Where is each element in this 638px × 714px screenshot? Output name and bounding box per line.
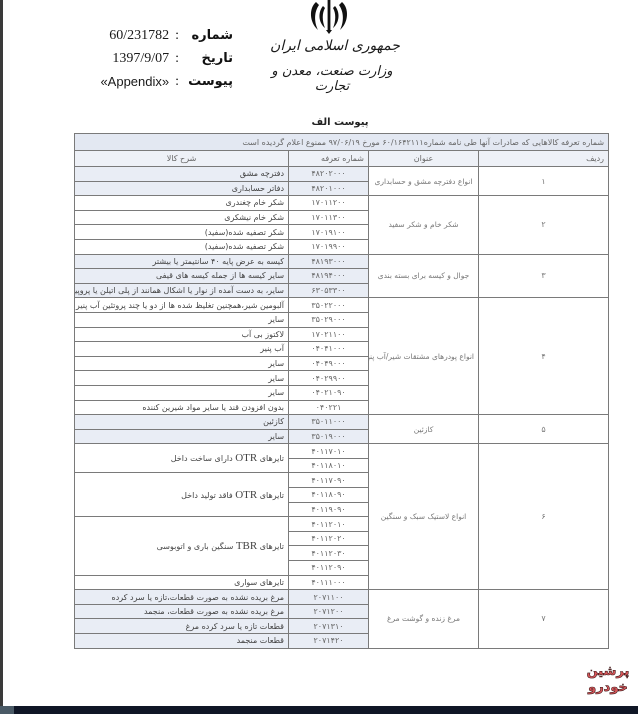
desc-prefix: تایرهای [260,491,284,500]
item-description: سایر [75,429,289,444]
item-description: بدون افزودن قند یا سایر مواد شیرین کننده [75,400,289,415]
window-bottom-edge [0,706,638,714]
item-description: شکر تصفیه شده(سفید) [75,225,289,240]
ministry-title: وزارت صنعت، معدن و تجارت [262,64,402,94]
group-row-number: ۶ [479,444,609,590]
iran-emblem-icon [306,0,352,34]
tariff-code: ۲۰۷۱۴۲۰ [289,634,369,649]
tariff-code: ۳۵۰۱۹۰۰۰ [289,429,369,444]
group-row-number: ۲ [479,196,609,254]
tariff-code: ۴۰۱۱۸۰۹۰ [289,488,369,503]
item-description: تایرهای TBR سنگین باری و اتوبوسی [75,517,289,575]
tariff-code: ۶۳۰۵۳۳۰۰ [289,283,369,298]
tariff-code: ۱۷۰۱۱۳۰۰ [289,210,369,225]
tariff-code: ۰۴۰۲۲۱ [289,400,369,415]
tariff-code: ۴۰۱۱۲۰۲۰ [289,531,369,546]
group-title: انواع دفترچه مشق و حسابداری [369,167,479,196]
desc-suffix: سنگین باری و اتوبوسی [157,542,234,551]
letter-meta: 60/231782 : شماره 1397/9/07 : تاریخ «App… [58,24,233,93]
item-description: آب پنیر [75,342,289,357]
tariff-code: ۴۰۱۱۲۰۳۰ [289,546,369,561]
tariff-code: ۱۷۰۱۹۱۰۰ [289,225,369,240]
tariff-code: ۱۷۰۱۱۲۰۰ [289,196,369,211]
tariff-code: ۴۸۱۹۴۰۰۰ [289,269,369,284]
item-description: تایرهای OTR فاقد تولید داخل [75,473,289,517]
group-row-number: ۴ [479,298,609,415]
letter-date-value: 1397/9/07 [112,51,169,67]
tariff-code: ۴۰۱۱۷۰۱۰ [289,444,369,459]
table-header-row: ردیف عنوان شماره تعرفه شرح کالا [75,151,609,167]
separator: : [175,51,179,67]
item-description: شکر تصفیه شده(سفید) [75,239,289,254]
item-description: سایر کیسه ها از جمله کیسه های قیفی [75,269,289,284]
item-description: سایر، به دست آمده از نوار یا اشکال همانن… [75,283,289,298]
logo-line-2: خودرو [584,680,632,696]
tariff-code: ۴۰۱۱۱۰۰۰ [289,575,369,590]
desc-prefix: تایرهای [260,542,284,551]
item-description: سایر [75,371,289,386]
tariff-code: ۲۰۷۱۳۱۰ [289,619,369,634]
republic-title: جمهوری اسلامی ایران [270,38,400,54]
item-description: مرغ بریده نشده به صورت قطعات، منجمد [75,604,289,619]
tariff-code: ۳۵۰۲۹۰۰۰ [289,312,369,327]
desc-latin: OTR [235,452,257,464]
table-row: ۲ شکر خام و شکر سفید ۱۷۰۱۱۲۰۰ شکر خام چغ… [75,196,609,211]
tariff-code: ۰۴۰۴۱۰۰۰ [289,342,369,357]
letter-number-label: شماره [185,28,233,43]
column-header-title: عنوان [369,151,479,167]
group-title: جوال و کیسه برای بسته بندی [369,254,479,298]
item-description: تایرهای سواری [75,575,289,590]
desc-suffix: فاقد تولید داخل [181,491,233,500]
appendix-title: پیوست الف [300,117,380,128]
table-row: ۴ انواع پودرهای مشتقات شیر/آب پنیر ۳۵۰۲۲… [75,298,609,313]
group-title: انواع پودرهای مشتقات شیر/آب پنیر [369,298,479,415]
letter-attachment-label: پیوست [185,74,233,89]
tariff-code: ۰۴۰۲۹۹۰۰ [289,371,369,386]
item-description: سایر [75,356,289,371]
table-row: ۱ انواع دفترچه مشق و حسابداری ۴۸۲۰۲۰۰۰ د… [75,167,609,182]
column-header-desc: شرح کالا [75,151,289,167]
tariff-code: ۱۷۰۲۱۱۰۰ [289,327,369,342]
item-description: کازئین [75,415,289,430]
item-description: سایر [75,385,289,400]
tariff-code: ۴۰۱۱۲۰۱۰ [289,517,369,532]
letter-attachment-row: «Appendix» : پیوست [58,70,233,93]
tariff-code: ۰۴۰۲۱۰۹۰ [289,385,369,400]
item-description: شکر خام نیشکری [75,210,289,225]
letter-date-row: 1397/9/07 : تاریخ [58,47,233,70]
group-title: انواع لاستیک سبک و سنگین [369,444,479,590]
tariff-code: ۲۰۷۱۱۰۰ [289,590,369,605]
table-row: ۶ انواع لاستیک سبک و سنگین ۴۰۱۱۷۰۱۰ تایر… [75,444,609,459]
item-description: دفترچه مشق [75,167,289,182]
desc-prefix: تایرهای [260,454,284,463]
table-caption-row: شماره تعرفه کالاهایی که صادرات آنها طی ن… [75,134,609,151]
table-row: ۵ کازئین ۳۵۰۱۱۰۰۰ کازئین [75,415,609,430]
letter-number-row: 60/231782 : شماره [58,24,233,47]
desc-latin: TBR [236,540,257,552]
item-description: لاکتوز بی آب [75,327,289,342]
group-row-number: ۱ [479,167,609,196]
group-title: کازئین [369,415,479,444]
separator: : [175,74,179,90]
separator: : [175,28,179,44]
group-title: شکر خام و شکر سفید [369,196,479,254]
group-title: مرغ زنده و گوشت مرغ [369,590,479,648]
tariff-code: ۴۰۱۱۷۰۹۰ [289,473,369,488]
tariff-code: ۴۸۲۰۱۰۰۰ [289,181,369,196]
tariff-code: ۰۴۰۴۹۰۰۰ [289,356,369,371]
letter-attachment-value: «Appendix» [100,74,169,89]
group-row-number: ۳ [479,254,609,298]
item-description: قطعات تازه یا سرد کرده مرغ [75,619,289,634]
watermark-logo: پرشین خودرو [584,664,632,704]
letter-number-value: 60/231782 [109,28,169,44]
item-description: آلبومین شیر،همچنین تغلیظ شده ها از دو یا… [75,298,289,313]
tariff-code: ۱۷۰۱۹۹۰۰ [289,239,369,254]
tariff-code: ۳۵۰۲۲۰۰۰ [289,298,369,313]
item-description: دفاتر حسابداری [75,181,289,196]
item-description: شکر خام چغندری [75,196,289,211]
tariff-code: ۴۰۱۱۲۰۹۰ [289,561,369,576]
item-description: سایر [75,312,289,327]
column-header-code: شماره تعرفه [289,151,369,167]
window-left-edge [0,0,3,706]
banned-export-table: شماره تعرفه کالاهایی که صادرات آنها طی ن… [74,133,609,649]
letter-date-label: تاریخ [185,51,233,66]
tariff-code: ۴۸۲۰۲۰۰۰ [289,167,369,182]
logo-line-1: پرشین [584,664,632,680]
tariff-code: ۳۵۰۱۱۰۰۰ [289,415,369,430]
tariff-code: ۴۰۱۱۸۰۱۰ [289,458,369,473]
tariff-code: ۴۰۱۱۹۰۹۰ [289,502,369,517]
item-description: تایرهای OTR دارای ساخت داخل [75,444,289,473]
column-header-row: ردیف [479,151,609,167]
item-description: مرغ بریده نشده به صورت قطعات،تازه یا سرد… [75,590,289,605]
tariff-code: ۴۸۱۹۳۰۰۰ [289,254,369,269]
table-caption: شماره تعرفه کالاهایی که صادرات آنها طی ن… [75,134,609,151]
window-bottom-corner [0,706,14,714]
item-description: کیسه به عرض پایه ۴۰ سانتیمتر یا بیشتر [75,254,289,269]
desc-suffix: دارای ساخت داخل [171,454,233,463]
group-row-number: ۵ [479,415,609,444]
tariff-code: ۲۰۷۱۲۰۰ [289,604,369,619]
table-row: ۳ جوال و کیسه برای بسته بندی ۴۸۱۹۳۰۰۰ کی… [75,254,609,269]
group-row-number: ۷ [479,590,609,648]
table-row: ۷ مرغ زنده و گوشت مرغ ۲۰۷۱۱۰۰ مرغ بریده … [75,590,609,605]
desc-latin: OTR [235,489,257,501]
item-description: قطعات منجمد [75,634,289,649]
